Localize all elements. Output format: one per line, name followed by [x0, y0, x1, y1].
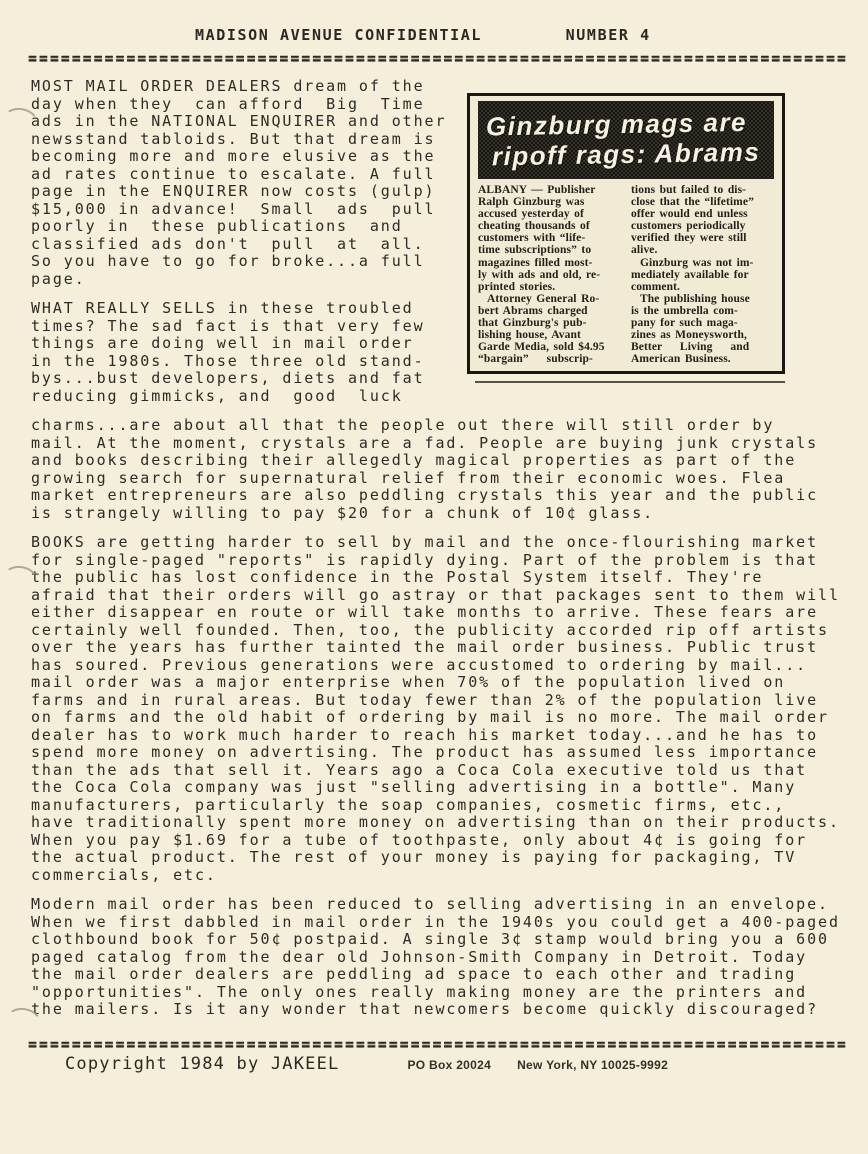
newsletter-title: MADISON AVENUE CONFIDENTIAL [195, 26, 482, 44]
footer: Copyright 1984 by JAKEEL PO Box 20024 Ne… [0, 1056, 868, 1074]
copyright-text: Copyright 1984 by JAKEEL [65, 1056, 339, 1074]
newsletter-page: MADISON AVENUE CONFIDENTIAL NUMBER 4 ===… [0, 0, 868, 1154]
news-clipping: Ginzburg mags are ripoff rags: Abrams AL… [467, 93, 785, 374]
article-body: MOST MAIL ORDER DEALERS dream of the day… [31, 78, 851, 1019]
top-divider: ========================================… [28, 49, 848, 67]
paragraph-most-mail-order: MOST MAIL ORDER DEALERS dream of the day… [31, 78, 469, 288]
left-text-column: MOST MAIL ORDER DEALERS dream of the day… [31, 78, 469, 405]
bottom-divider: ========================================… [28, 1035, 848, 1053]
clipping-underline-rule [475, 381, 785, 383]
city-zip-text: New York, NY 10025-9992 [517, 1058, 668, 1072]
po-box-text: PO Box 20024 [407, 1058, 491, 1072]
clipping-columns: ALBANY — Publisher Ralph Ginzburg was ac… [478, 184, 774, 365]
issue-number: NUMBER 4 [566, 26, 651, 44]
top-section: MOST MAIL ORDER DEALERS dream of the day… [31, 78, 851, 405]
clipping-headline-line-1: Ginzburg mags are [486, 107, 770, 142]
masthead: MADISON AVENUE CONFIDENTIAL NUMBER 4 [0, 0, 868, 44]
clipping-headline-line-2: ripoff rags: Abrams [486, 137, 770, 172]
paragraph-books: BOOKS are getting harder to sell by mail… [31, 534, 847, 884]
clipping-column-left: ALBANY — Publisher Ralph Ginzburg was ac… [478, 184, 621, 365]
paragraph-modern-mail-order: Modern mail order has been reduced to se… [31, 896, 847, 1019]
clipping-column-right: tions but failed to dis- close that the … [631, 184, 774, 365]
clipping-headline-banner: Ginzburg mags are ripoff rags: Abrams [478, 101, 774, 179]
paragraph-what-really-sells-continued: charms...are about all that the people o… [31, 417, 847, 522]
paragraph-what-really-sells: WHAT REALLY SELLS in these troubled time… [31, 300, 469, 405]
